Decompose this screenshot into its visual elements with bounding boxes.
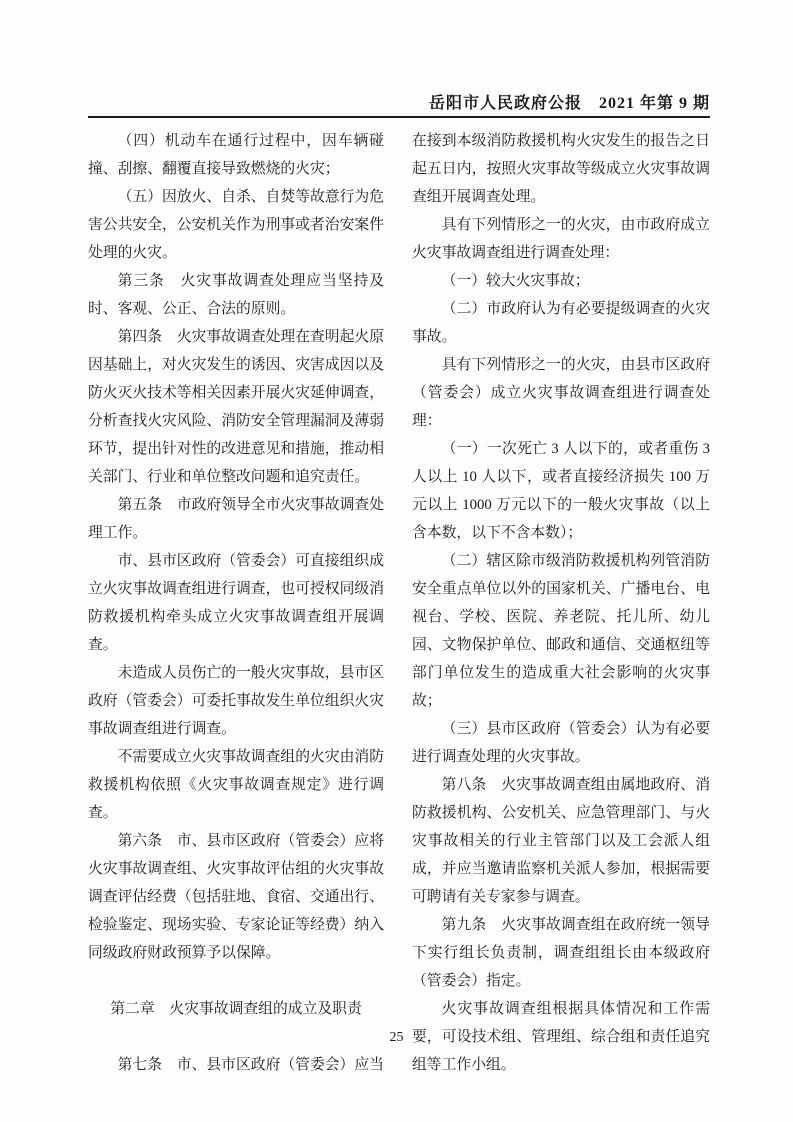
document-body: （四）机动车在通行过程中，因车辆碰撞、刮擦、翻覆直接导致燃烧的火灾； （五）因放… bbox=[88, 127, 710, 1079]
paragraph-item-3: （三）县市区政府（管委会）认为有必要进行调查处理的火灾事故。 bbox=[412, 715, 710, 771]
left-column: （四）机动车在通行过程中，因车辆碰撞、刮擦、翻覆直接导致燃烧的火灾； （五）因放… bbox=[88, 127, 384, 1079]
chapter-2-heading: 第二章 火灾事故调查组的成立及职责 bbox=[88, 995, 384, 1023]
paragraph-item-2: （二）市政府认为有必要提级调查的火灾事故。 bbox=[412, 295, 710, 351]
paragraph: 市、县市区政府（管委会）可直接组织成立火灾事故调查组进行调查，也可授权同级消防救… bbox=[88, 547, 384, 659]
paragraph-article-7-continued: 在接到本级消防救援机构火灾发生的报告之日起五日内，按照火灾事故等级成立火灾事故调… bbox=[412, 127, 710, 211]
paragraph: 不需要成立火灾事故调查组的火灾由消防救援机构依照《火灾事故调查规定》进行调查。 bbox=[88, 743, 384, 827]
paragraph: 具有下列情形之一的火灾，由县市区政府（管委会）成立火灾事故调查组进行调查处理： bbox=[412, 351, 710, 435]
paragraph: 未造成人员伤亡的一般火灾事故，县市区政府（管委会）可委托事故发生单位组织火灾事故… bbox=[88, 659, 384, 743]
paragraph-article-5: 第五条 市政府领导全市火灾事故调查处理工作。 bbox=[88, 491, 384, 547]
header-rule bbox=[88, 116, 710, 118]
paragraph-item-2: （二）辖区除市级消防救援机构列管消防安全重点单位以外的国家机关、广播电台、电视台… bbox=[412, 547, 710, 715]
paragraph-item-5: （五）因放火、自杀、自焚等故意行为危害公共安全，公安机关作为刑事或者治安案件处理… bbox=[88, 183, 384, 267]
paragraph-item-4: （四）机动车在通行过程中，因车辆碰撞、刮擦、翻覆直接导致燃烧的火灾； bbox=[88, 127, 384, 183]
page-number: 25 bbox=[0, 1024, 793, 1052]
gazette-page: 岳阳市人民政府公报 2021 年第 9 期 （四）机动车在通行过程中，因车辆碰撞… bbox=[0, 0, 793, 1122]
right-column: 在接到本级消防救援机构火灾发生的报告之日起五日内，按照火灾事故等级成立火灾事故调… bbox=[412, 127, 710, 1079]
paragraph-article-4: 第四条 火灾事故调查处理在查明起火原因基础上，对火灾发生的诱因、灾害成因以及防火… bbox=[88, 323, 384, 491]
paragraph-item-1: （一）较大火灾事故； bbox=[412, 267, 710, 295]
paragraph-article-3: 第三条 火灾事故调查处理应当坚持及时、客观、公正、合法的原则。 bbox=[88, 267, 384, 323]
paragraph-article-7: 第七条 市、县市区政府（管委会）应当 bbox=[88, 1051, 384, 1079]
gazette-header-title: 岳阳市人民政府公报 2021 年第 9 期 bbox=[88, 90, 710, 113]
paragraph-article-6: 第六条 市、县市区政府（管委会）应将火灾事故调查组、火灾事故评估组的火灾事故调查… bbox=[88, 827, 384, 967]
paragraph-item-1: （一）一次死亡 3 人以下的，或者重伤 3 人以上 10 人以下，或者直接经济损… bbox=[412, 435, 710, 547]
paragraph: 具有下列情形之一的火灾，由市政府成立火灾事故调查组进行调查处理： bbox=[412, 211, 710, 267]
paragraph-article-8: 第八条 火灾事故调查组由属地政府、消防救援机构、公安机关、应急管理部门、与火灾事… bbox=[412, 771, 710, 911]
paragraph-article-9: 第九条 火灾事故调查组在政府统一领导下实行组长负责制，调查组组长由本级政府（管委… bbox=[412, 911, 710, 995]
